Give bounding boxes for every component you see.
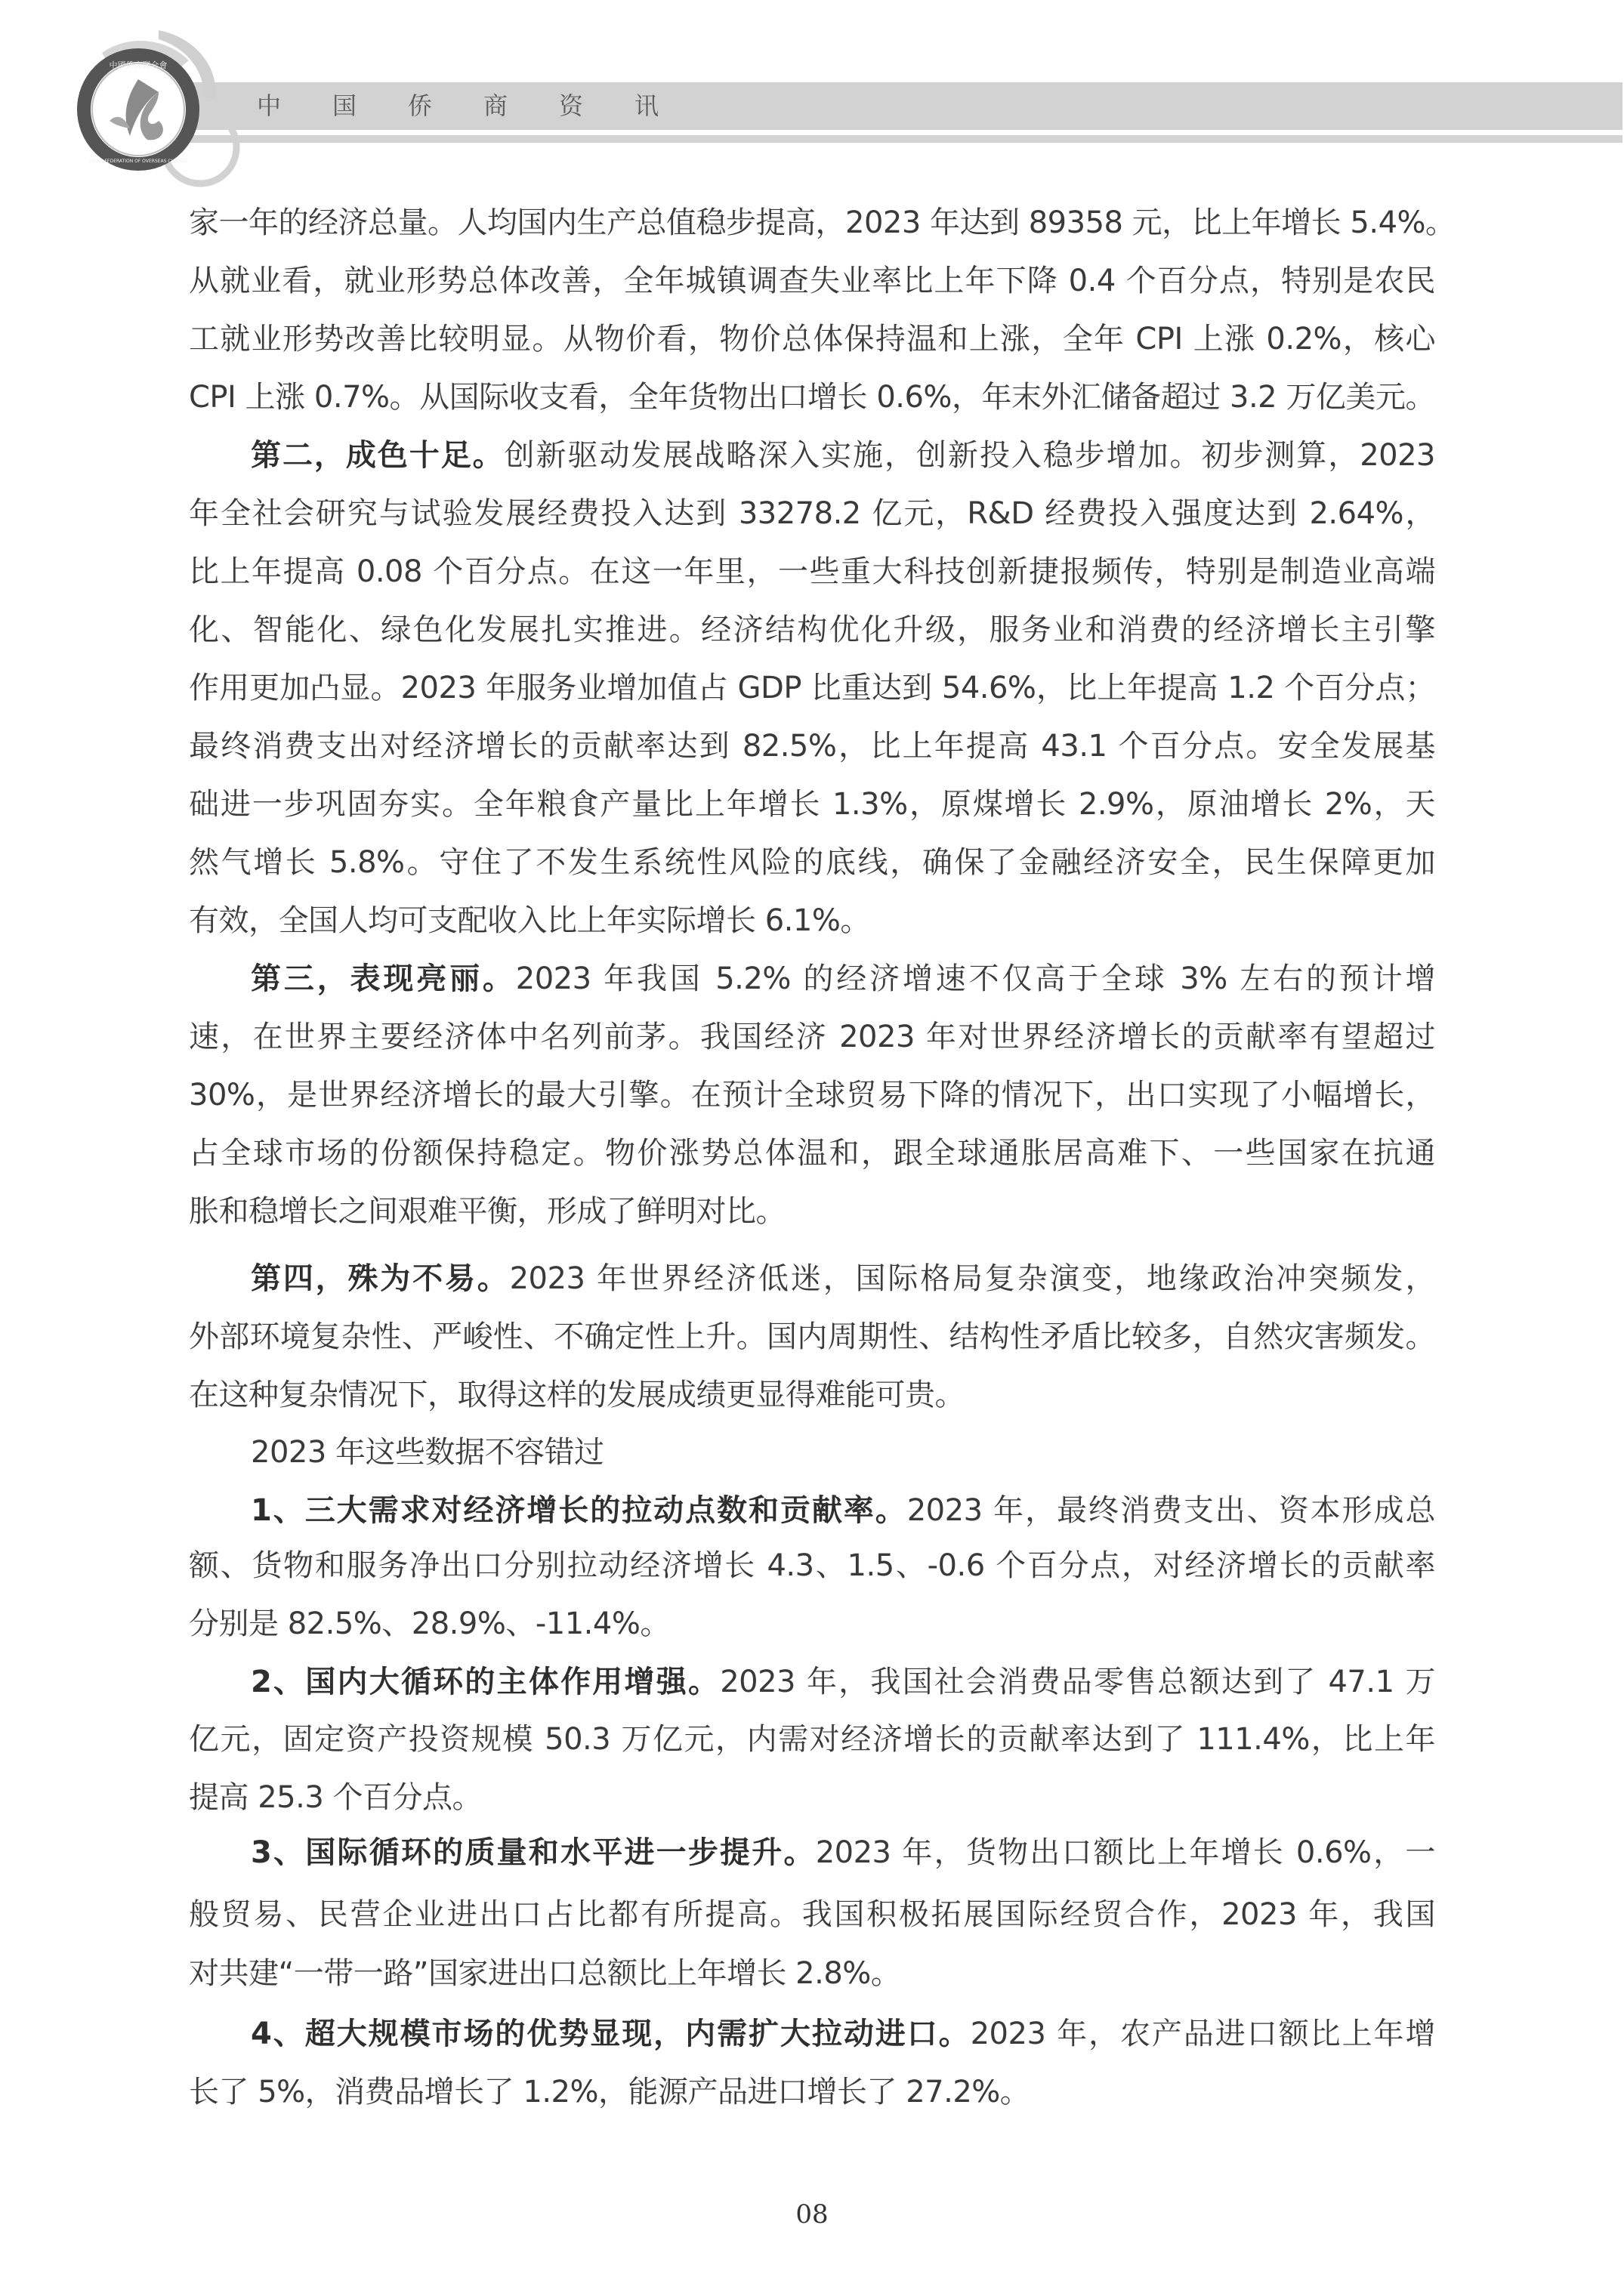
line-text: 从就业看，就业形势总体改善，全年城镇调查失业率比上年下降 0.4 个百分点，特别… bbox=[189, 264, 1435, 298]
title-char: 商 bbox=[483, 89, 559, 122]
line-text: 创新驱动发展战略深入实施，创新投入稳步增加。初步测算，2023 bbox=[505, 438, 1435, 473]
line-text: 胀和稳增长之间艰难平衡，形成了鲜明对比。 bbox=[189, 1194, 786, 1229]
svg-text:CHINA FEDERATION OF OVERSEAS C: CHINA FEDERATION OF OVERSEAS CHINESE bbox=[88, 159, 187, 164]
line-text: 长了 5%，消费品增长了 1.2%，能源产品进口增长了 27.2%。 bbox=[189, 2075, 1030, 2109]
title-char: 侨 bbox=[408, 89, 483, 122]
text-line: 占全球市场的份额保持稳定。物价涨势总体温和，跟全球通胀居高难下、一些国家在抗通 bbox=[189, 1135, 1435, 1171]
line-text: 然气增长 5.8%。守住了不发生系统性风险的底线，确保了金融经济安全，民生保障更… bbox=[189, 845, 1435, 880]
text-line: 化、智能化、绿色化发展扎实推进。经济结构优化升级，服务业和消费的经济增长主引擎 bbox=[189, 612, 1435, 648]
line-text: 般贸易、民营企业进出口占比都有所提高。我国积极拓展国际经贸合作，2023 年，我… bbox=[189, 1897, 1435, 1932]
paragraph-first-line: 第二，成色十足。创新驱动发展战略深入实施，创新投入稳步增加。初步测算，2023 bbox=[189, 437, 1435, 474]
text-line: CPI 上涨 0.7%。从国际收支看，全年货物出口增长 0.6%，年末外汇储备超… bbox=[189, 379, 1435, 415]
title-char: 资 bbox=[559, 89, 634, 122]
paragraph-first-line: 4、超大规模市场的优势显现，内需扩大拉动进口。2023 年，农产品进口额比上年增 bbox=[189, 2016, 1435, 2052]
page-number: 08 bbox=[0, 2199, 1624, 2230]
line-text: 2023 年，最终消费支出、资本形成总 bbox=[907, 1493, 1435, 1528]
paragraph-first-line: 2、国内大循环的主体作用增强。2023 年，我国社会消费品零售总额达到了 47.… bbox=[189, 1664, 1435, 1700]
text-line: 对共建“一带一路”国家进出口总额比上年增长 2.8%。 bbox=[189, 1955, 1435, 1992]
text-line: 在这种复杂情况下，取得这样的发展成绩更显得难能可贵。 bbox=[189, 1377, 1435, 1413]
text-line: 家一年的经济总量。人均国内生产总值稳步提高，2023 年达到 89358 元，比… bbox=[189, 205, 1435, 241]
text-line: 工就业形势改善比较明显。从物价看，物价总体保持温和上涨，全年 CPI 上涨 0.… bbox=[189, 321, 1435, 357]
header-divider bbox=[181, 135, 1622, 143]
line-text: 2023 年，我国社会消费品零售总额达到了 47.1 万 bbox=[720, 1665, 1435, 1699]
logo-seal-icon: 中國僑商聯合會 CHINA FEDERATION OF OVERSEAS CHI… bbox=[45, 8, 242, 189]
bold-lead-in: 2、国内大循环的主体作用增强。 bbox=[251, 1665, 720, 1699]
text-line: 作用更加凸显。2023 年服务业增加值占 GDP 比重达到 54.6%，比上年提… bbox=[189, 670, 1435, 706]
text-line: 分别是 82.5%、28.9%、-11.4%。 bbox=[189, 1606, 1435, 1642]
line-text: 有效，全国人均可支配收入比上年实际增长 6.1%。 bbox=[189, 903, 870, 938]
line-text: 对共建“一带一路”国家进出口总额比上年增长 2.8%。 bbox=[189, 1956, 900, 1991]
title-char: 国 bbox=[332, 89, 408, 122]
line-text: 2023 年这些数据不容错过 bbox=[251, 1435, 604, 1470]
text-line: 年全社会研究与试验发展经费投入达到 33278.2 亿元，R&D 经费投入强度达… bbox=[189, 495, 1435, 532]
paragraph-first-line: 3、国际循环的质量和水平进一步提升。2023 年，货物出口额比上年增长 0.6%… bbox=[189, 1835, 1435, 1871]
text-line: 提高 25.3 个百分点。 bbox=[189, 1779, 1435, 1816]
bold-lead-in: 4、超大规模市场的优势显现，内需扩大拉动进口。 bbox=[251, 2017, 971, 2051]
line-text: 础进一步巩固夯实。全年粮食产量比上年增长 1.3%，原煤增长 2.9%，原油增长… bbox=[189, 787, 1435, 822]
text-line: 30%，是世界经济增长的最大引擎。在预计全球贸易下降的情况下，出口实现了小幅增长… bbox=[189, 1077, 1435, 1113]
bold-lead-in: 第三，表现亮丽。 bbox=[251, 961, 516, 996]
text-line: 胀和稳增长之间艰难平衡，形成了鲜明对比。 bbox=[189, 1193, 1435, 1230]
line-text: 占全球市场的份额保持稳定。物价涨势总体温和，跟全球通胀居高难下、一些国家在抗通 bbox=[189, 1136, 1435, 1171]
line-text: 30%，是世界经济增长的最大引擎。在预计全球贸易下降的情况下，出口实现了小幅增长… bbox=[189, 1078, 1435, 1113]
svg-text:中國僑商聯合會: 中國僑商聯合會 bbox=[110, 60, 168, 70]
line-text: 在这种复杂情况下，取得这样的发展成绩更显得难能可贵。 bbox=[189, 1378, 965, 1412]
line-text: 2023 年世界经济低迷，国际格局复杂演变，地缘政治冲突频发， bbox=[510, 1261, 1435, 1296]
text-line: 础进一步巩固夯实。全年粮食产量比上年增长 1.3%，原煤增长 2.9%，原油增长… bbox=[189, 786, 1435, 822]
text-line: 比上年提高 0.08 个百分点。在这一年里，一些重大科技创新捷报频传，特别是制造… bbox=[189, 554, 1435, 590]
text-line: 亿元，固定资产投资规模 50.3 万亿元，内需对经济增长的贡献率达到了 111.… bbox=[189, 1721, 1435, 1758]
line-text: CPI 上涨 0.7%。从国际收支看，全年货物出口增长 0.6%，年末外汇储备超… bbox=[189, 380, 1435, 415]
title-char: 中 bbox=[257, 89, 332, 122]
line-text: 提高 25.3 个百分点。 bbox=[189, 1780, 482, 1815]
line-text: 家一年的经济总量。人均国内生产总值稳步提高，2023 年达到 89358 元，比… bbox=[189, 205, 1456, 240]
text-line: 有效，全国人均可支配收入比上年实际增长 6.1%。 bbox=[189, 903, 1435, 939]
line-text: 额、货物和服务净出口分别拉动经济增长 4.3、1.5、-0.6 个百分点，对经济… bbox=[189, 1548, 1435, 1583]
line-text: 速，在世界主要经济体中名列前茅。我国经济 2023 年对世界经济增长的贡献率有望… bbox=[189, 1020, 1435, 1054]
text-line: 最终消费支出对经济增长的贡献率达到 82.5%，比上年提高 43.1 个百分点。… bbox=[189, 728, 1435, 764]
line-text: 亿元，固定资产投资规模 50.3 万亿元，内需对经济增长的贡献率达到了 111.… bbox=[189, 1722, 1435, 1757]
line-text: 分别是 82.5%、28.9%、-11.4%。 bbox=[189, 1606, 670, 1641]
text-line: 额、货物和服务净出口分别拉动经济增长 4.3、1.5、-0.6 个百分点，对经济… bbox=[189, 1548, 1435, 1584]
line-text: 化、智能化、绿色化发展扎实推进。经济结构优化升级，服务业和消费的经济增长主引擎 bbox=[189, 613, 1435, 647]
line-text: 2023 年，货物出口额比上年增长 0.6%，一 bbox=[816, 1835, 1435, 1870]
text-line: 外部环境复杂性、严峻性、不确定性上升。国内周期性、结构性矛盾比较多，自然灾害频发… bbox=[189, 1319, 1435, 1355]
bold-lead-in: 1、三大需求对经济增长的拉动点数和贡献率。 bbox=[251, 1493, 907, 1528]
line-text: 2023 年，农产品进口额比上年增 bbox=[971, 2017, 1435, 2051]
paragraph-first-line: 第三，表现亮丽。2023 年我国 5.2% 的经济增速不仅高于全球 3% 左右的… bbox=[189, 961, 1435, 997]
line-text: 作用更加凸显。2023 年服务业增加值占 GDP 比重达到 54.6%，比上年提… bbox=[189, 671, 1435, 705]
text-line: 2023 年这些数据不容错过 bbox=[189, 1434, 1435, 1471]
text-line: 长了 5%，消费品增长了 1.2%，能源产品进口增长了 27.2%。 bbox=[189, 2074, 1435, 2110]
line-text: 工就业形势改善比较明显。从物价看，物价总体保持温和上涨，全年 CPI 上涨 0.… bbox=[189, 322, 1435, 356]
text-line: 速，在世界主要经济体中名列前茅。我国经济 2023 年对世界经济增长的贡献率有望… bbox=[189, 1019, 1435, 1055]
bold-lead-in: 第二，成色十足。 bbox=[251, 438, 505, 473]
title-char: 讯 bbox=[634, 89, 710, 122]
bold-lead-in: 3、国际循环的质量和水平进一步提升。 bbox=[251, 1835, 816, 1870]
text-line: 然气增长 5.8%。守住了不发生系统性风险的底线，确保了金融经济安全，民生保障更… bbox=[189, 844, 1435, 881]
line-text: 比上年提高 0.08 个百分点。在这一年里，一些重大科技创新捷报频传，特别是制造… bbox=[189, 554, 1435, 589]
text-line: 般贸易、民营企业进出口占比都有所提高。我国积极拓展国际经贸合作，2023 年，我… bbox=[189, 1896, 1435, 1933]
paragraph-first-line: 1、三大需求对经济增长的拉动点数和贡献率。2023 年，最终消费支出、资本形成总 bbox=[189, 1492, 1435, 1529]
line-text: 年全社会研究与试验发展经费投入达到 33278.2 亿元，R&D 经费投入强度达… bbox=[189, 496, 1435, 531]
publication-title: 中 国 侨 商 资 讯 bbox=[257, 89, 710, 122]
line-text: 外部环境复杂性、严峻性、不确定性上升。国内周期性、结构性矛盾比较多，自然灾害频发… bbox=[189, 1319, 1435, 1354]
text-line: 从就业看，就业形势总体改善，全年城镇调查失业率比上年下降 0.4 个百分点，特别… bbox=[189, 263, 1435, 299]
line-text: 2023 年我国 5.2% 的经济增速不仅高于全球 3% 左右的预计增 bbox=[516, 961, 1435, 996]
bold-lead-in: 第四，殊为不易。 bbox=[251, 1261, 510, 1296]
paragraph-first-line: 第四，殊为不易。2023 年世界经济低迷，国际格局复杂演变，地缘政治冲突频发， bbox=[189, 1261, 1435, 1297]
line-text: 最终消费支出对经济增长的贡献率达到 82.5%，比上年提高 43.1 个百分点。… bbox=[189, 729, 1435, 764]
